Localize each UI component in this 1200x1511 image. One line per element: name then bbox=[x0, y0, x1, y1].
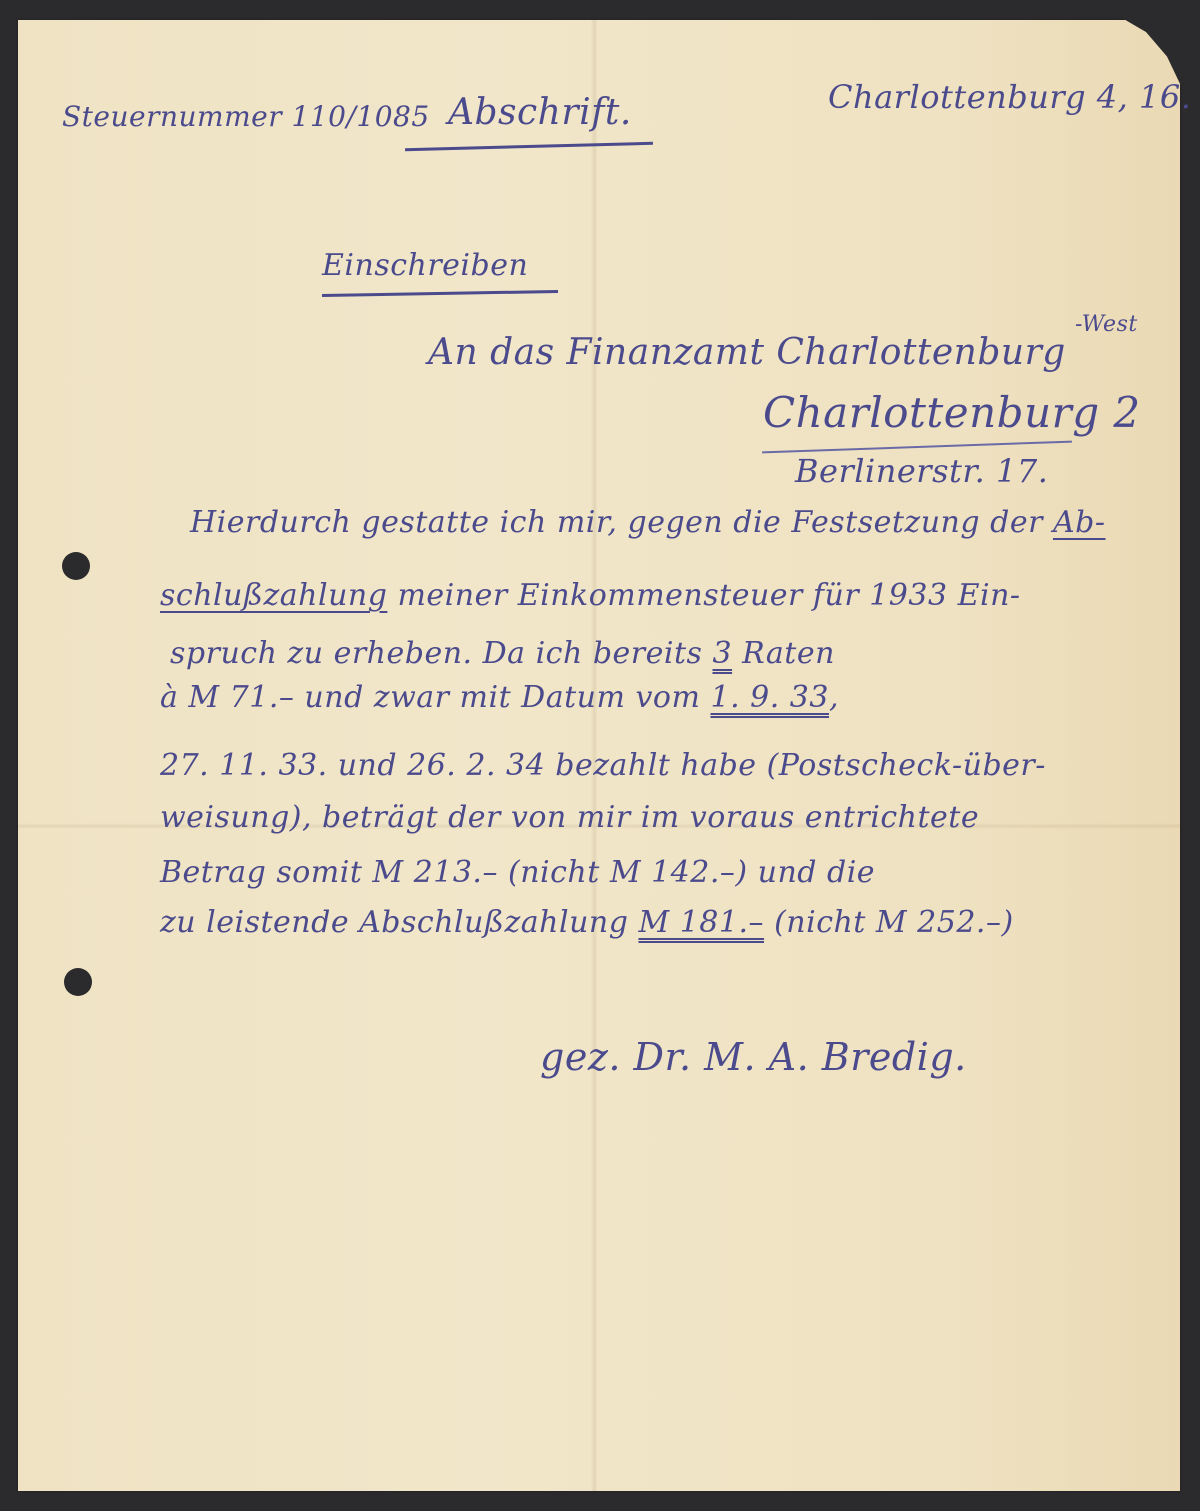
body-line: weisung), beträgt der von mir im voraus … bbox=[160, 800, 979, 835]
signature: gez. Dr. M. A. Bredig. bbox=[540, 1035, 967, 1079]
body-line: à M 71.– und zwar mit Datum vom 1. 9. 33… bbox=[160, 680, 839, 715]
double-underlined-date: 1. 9. 33 bbox=[710, 680, 829, 715]
tax-number: Steuernummer 110/1085 bbox=[62, 100, 430, 133]
recipient-line-1-suffix: -West bbox=[1075, 312, 1138, 337]
delivery-note: Einschreiben bbox=[322, 248, 528, 283]
underlined-text: schlußzahlung bbox=[160, 578, 387, 613]
place-and-date: Charlottenburg 4, 16. 5. 34. bbox=[828, 78, 1200, 116]
body-text: Betrag somit M 213.– (nicht M 142.–) und… bbox=[160, 855, 875, 890]
body-text: meiner Einkommensteuer für 1933 Ein- bbox=[387, 578, 1020, 613]
body-text: zu leistende Abschlußzahlung bbox=[160, 905, 638, 940]
body-text: (nicht M 252.–) bbox=[764, 905, 1014, 940]
body-text: 27. 11. 33. und 26. 2. 34 bezahlt habe (… bbox=[160, 748, 1046, 783]
underlined-text: Ab- bbox=[1053, 505, 1106, 540]
document-title: Abschrift. bbox=[448, 92, 632, 133]
body-line: Betrag somit M 213.– (nicht M 142.–) und… bbox=[160, 855, 875, 890]
recipient-line-1: An das Finanzamt Charlottenburg bbox=[428, 332, 1066, 373]
body-text: à M 71.– und zwar mit Datum vom bbox=[160, 680, 710, 715]
body-text: , bbox=[829, 680, 839, 715]
body-text: spruch zu erheben. Da ich bereits bbox=[170, 636, 712, 671]
recipient-line-2: Charlottenburg 2 bbox=[763, 388, 1141, 437]
recipient-line-3: Berlinerstr. 17. bbox=[795, 452, 1048, 490]
body-text: Hierdurch gestatte ich mir, gegen die Fe… bbox=[190, 505, 1053, 540]
underlined-text: 3 bbox=[712, 636, 732, 671]
body-text: weisung), beträgt der von mir im voraus … bbox=[160, 800, 979, 835]
punch-hole-bottom bbox=[64, 968, 92, 996]
body-line: spruch zu erheben. Da ich bereits 3 Rate… bbox=[170, 636, 835, 671]
body-line: schlußzahlung meiner Einkommensteuer für… bbox=[160, 578, 1021, 613]
punch-hole-top bbox=[62, 552, 90, 580]
double-underlined-amount: M 181.– bbox=[638, 905, 764, 940]
body-line: 27. 11. 33. und 26. 2. 34 bezahlt habe (… bbox=[160, 748, 1046, 783]
body-line: zu leistende Abschlußzahlung M 181.– (ni… bbox=[160, 905, 1014, 940]
body-line: Hierdurch gestatte ich mir, gegen die Fe… bbox=[190, 505, 1105, 540]
body-text: Raten bbox=[732, 636, 835, 671]
